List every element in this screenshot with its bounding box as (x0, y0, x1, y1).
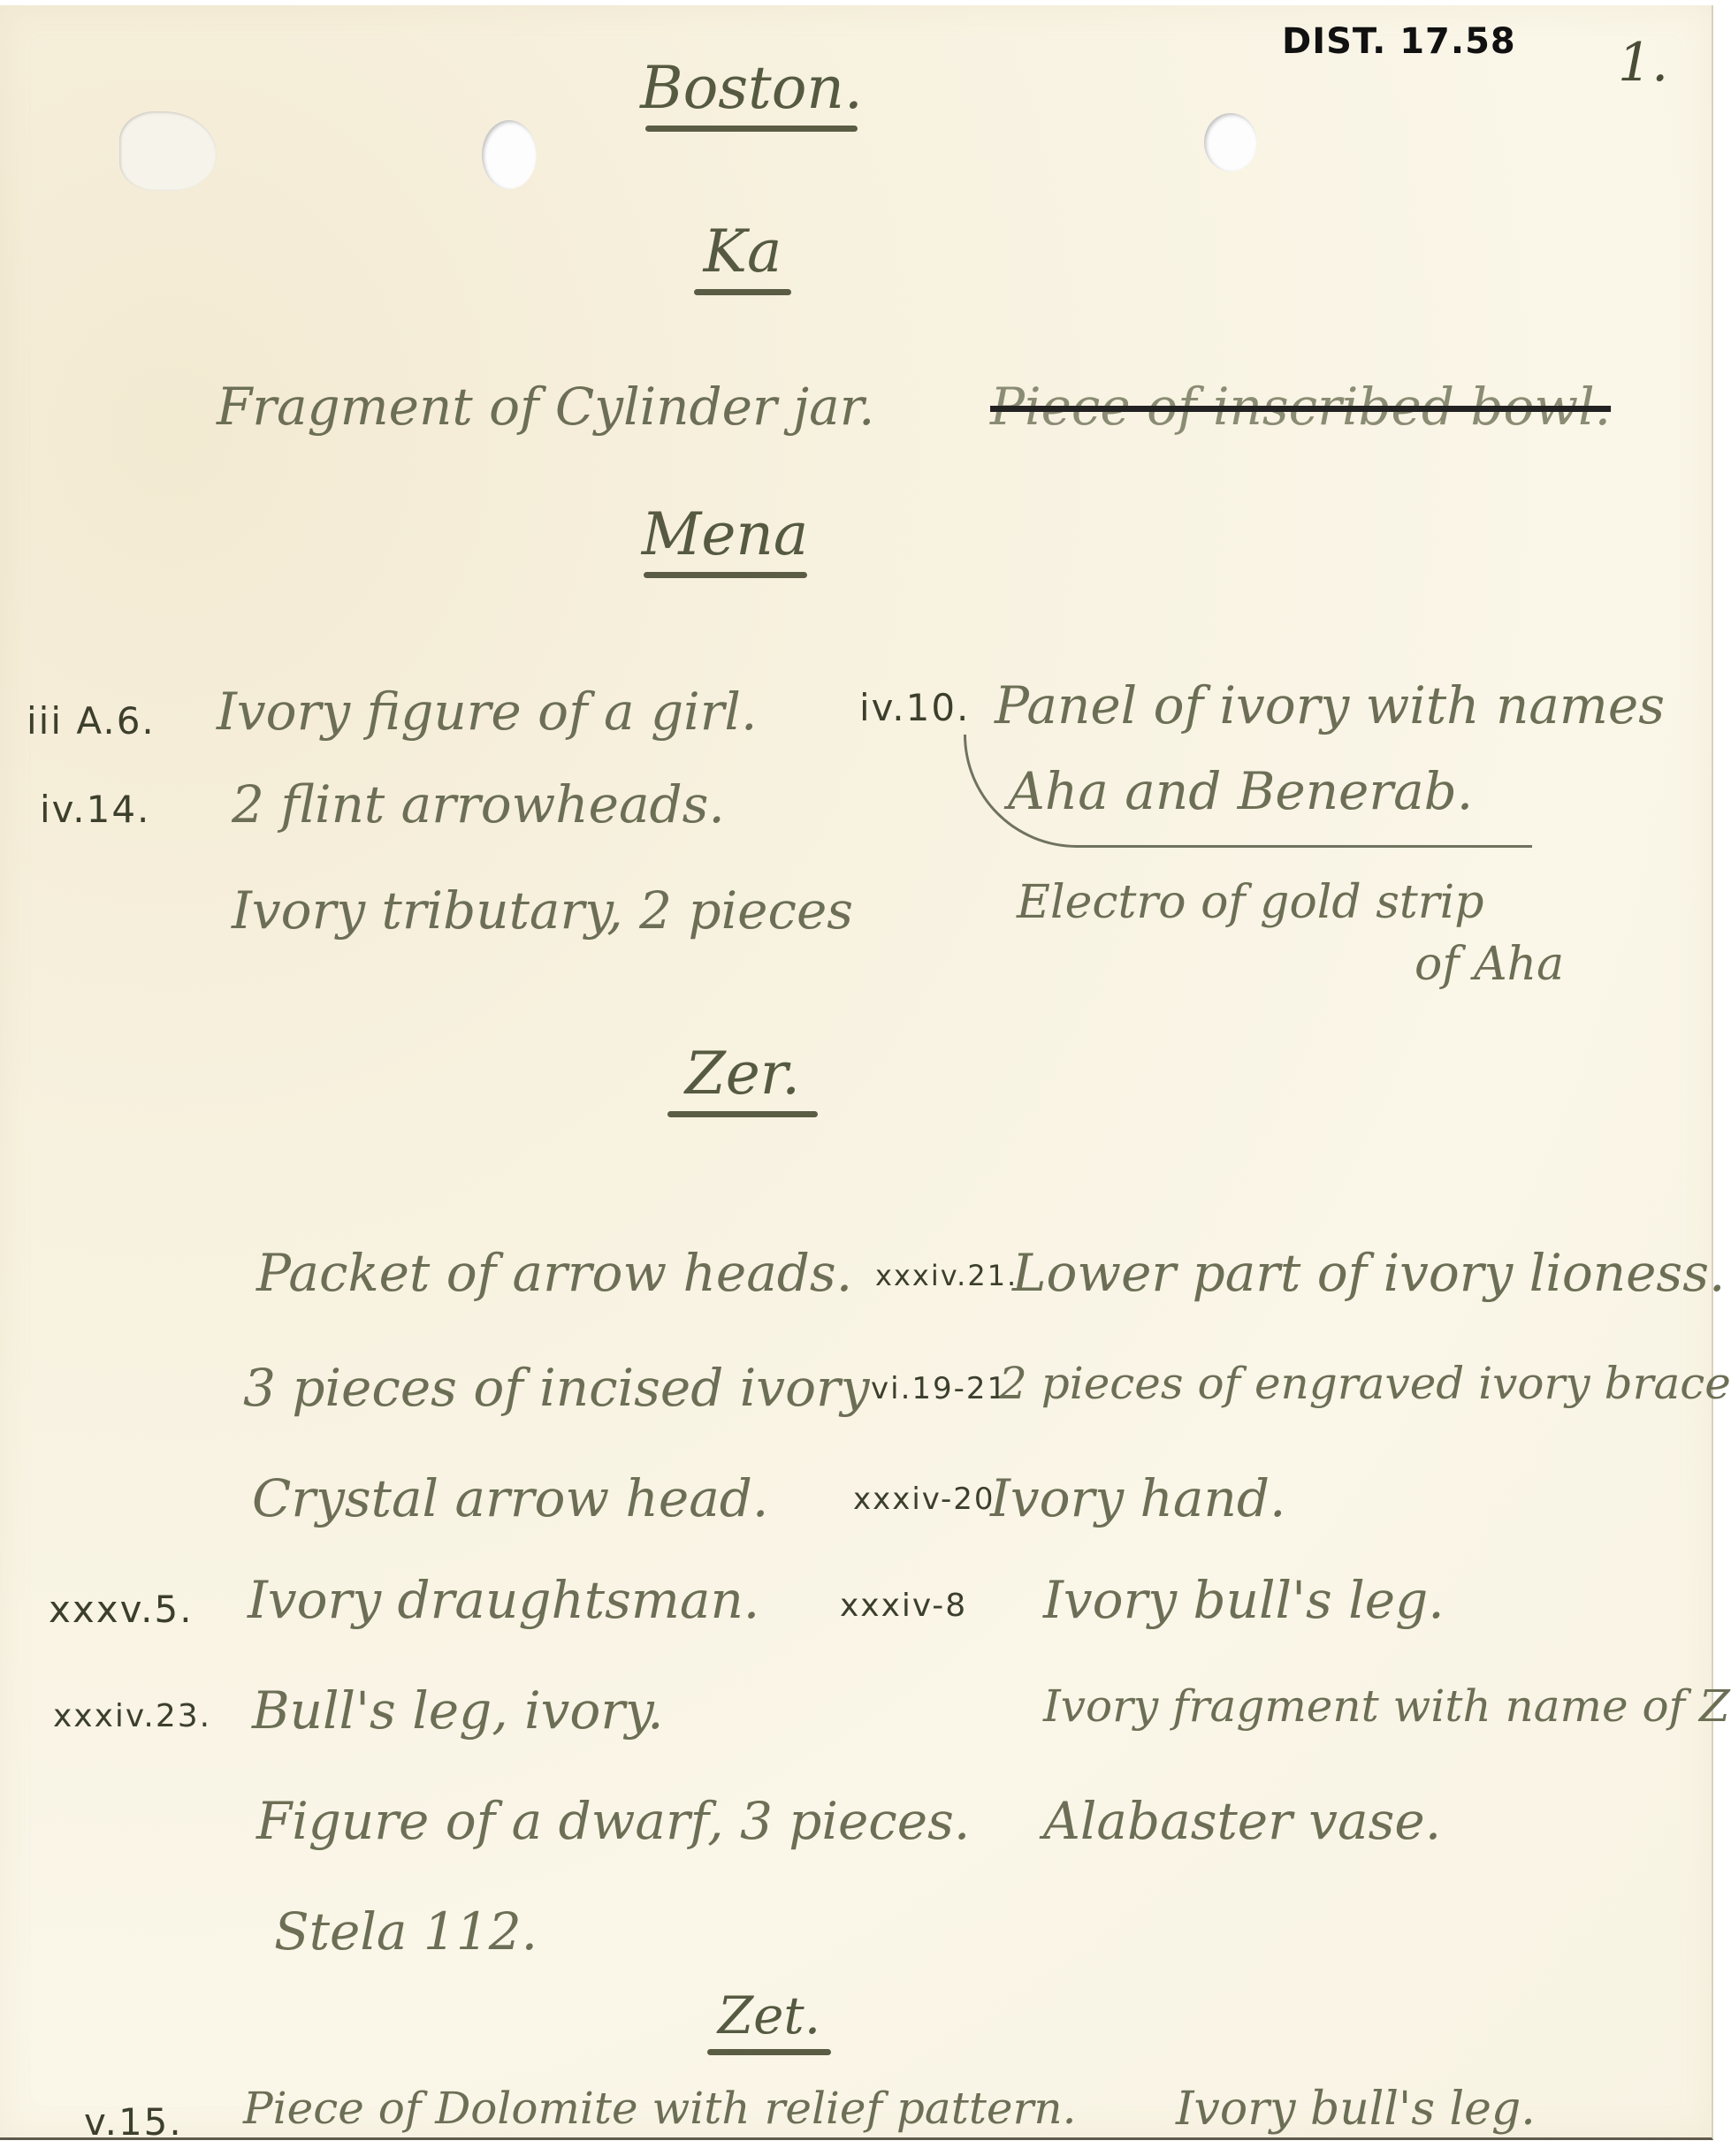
zet-left-item-1: Piece of Dolomite with relief pattern. (243, 2083, 1077, 2134)
paper-tear (119, 111, 217, 191)
section-heading-text: Zet. (718, 1985, 820, 2046)
mena-right-item-4: of Aha (1415, 938, 1564, 991)
zer-left-item-7: Stela 112. (274, 1901, 538, 1962)
section-heading-mena: Mena (619, 500, 831, 578)
mena-left-number-1: iii A.6. (27, 699, 156, 743)
document-sheet: DIST. 17.58 1. Boston. Ka Fragment of Cy… (0, 5, 1713, 2140)
zer-left-item-5: Bull's leg, ivory. (252, 1680, 664, 1741)
mena-right-number-1: iv.10. (859, 686, 970, 729)
zer-left-item-3: Crystal arrow head. (252, 1468, 768, 1528)
zer-right-item-6: Alabaster vase. (1043, 1791, 1441, 1851)
zer-right-item-3: Ivory hand. (990, 1468, 1285, 1528)
mena-left-item-1: Ivory figure of a girl. (217, 682, 757, 742)
zer-left-number-5: xxxiv.23. (53, 1698, 211, 1734)
punch-hole-left (482, 120, 537, 189)
zer-right-item-4: Ivory bull's leg. (1043, 1570, 1445, 1630)
ka-item-2-struck: Piece of inscribed bowl. (990, 377, 1611, 437)
zer-left-item-1: Packet of arrow heads. (256, 1243, 852, 1303)
section-heading-text: Zer. (685, 1040, 800, 1108)
section-heading-zer: Zer. (654, 1040, 831, 1117)
section-heading-zet: Zet. (690, 1985, 849, 2055)
zet-right-item-1: Ivory bull's leg. (1176, 2083, 1536, 2136)
zer-right-number-1: xxxiv.21. (875, 1259, 1018, 1292)
heading-underline (667, 1111, 818, 1117)
page-title: Boston. (610, 54, 893, 132)
zer-right-number-2: vi.19-21 (871, 1371, 1008, 1406)
title-underline (645, 126, 858, 132)
ka-item-1: Fragment of Cylinder jar. (217, 377, 874, 437)
zer-left-item-6: Figure of a dwarf, 3 pieces. (256, 1791, 970, 1851)
section-heading-text: Ka (704, 217, 782, 286)
mena-right-item-1: Panel of ivory with names (995, 675, 1665, 735)
zer-right-number-3: xxxiv-20 (853, 1482, 995, 1517)
heading-underline (707, 2049, 831, 2055)
section-heading-ka: Ka (681, 217, 804, 295)
mena-left-item-3: Ivory tributary, 2 pieces (232, 880, 853, 941)
mena-right-item-3: Electro of gold strip (1017, 876, 1484, 929)
zer-left-number-4: xxxv.5. (49, 1588, 194, 1631)
section-heading-text: Mena (642, 500, 809, 568)
zer-right-item-2: 2 pieces of engraved ivory bracelets (999, 1358, 1731, 1409)
zer-right-item-1: Lower part of ivory lioness. (1012, 1243, 1725, 1303)
zer-left-item-2: 3 pieces of incised ivory (243, 1358, 870, 1418)
zer-right-item-5: Ivory fragment with name of Zer. (1043, 1680, 1731, 1732)
mena-left-number-2: iv.14. (40, 788, 150, 831)
reference-stamp: DIST. 17.58 (1282, 21, 1516, 62)
punch-hole-right (1204, 113, 1257, 171)
zet-left-number-1: v.15. (84, 2100, 183, 2144)
mena-left-item-2: 2 flint arrowheads. (232, 774, 725, 834)
page-number: 1. (1618, 32, 1668, 94)
mena-right-item-2: Aha and Benerab. (1008, 761, 1473, 821)
zer-left-item-4: Ivory draughtsman. (248, 1570, 759, 1630)
page-title-text: Boston. (640, 54, 863, 122)
heading-underline (644, 572, 807, 578)
heading-underline (694, 289, 791, 295)
zer-right-number-4: xxxiv-8 (840, 1588, 967, 1624)
